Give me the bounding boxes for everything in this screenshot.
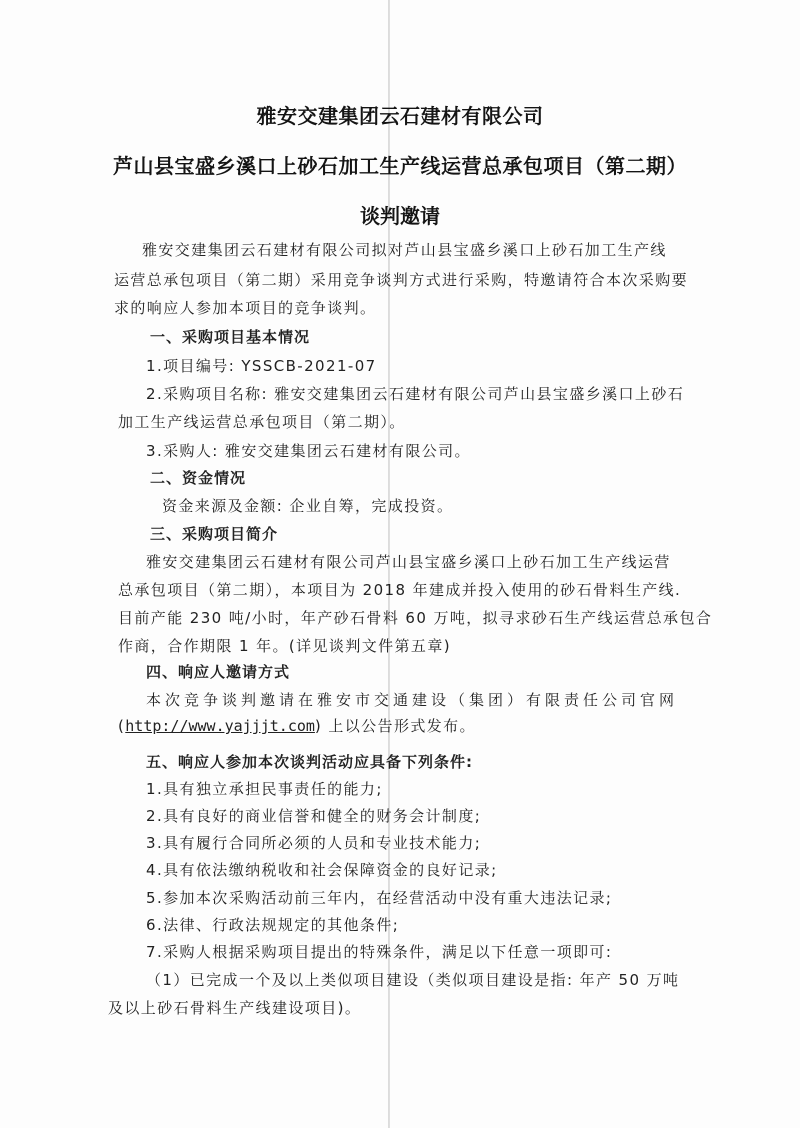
project-name-line-2: 加工生产线运营总承包项目（第二期）。 [118, 412, 406, 432]
condition-2: 2.具有良好的商业信誉和健全的财务会计制度; [146, 806, 481, 826]
website-link[interactable]: http://www.yajjjt.com [125, 717, 315, 735]
summary-line-3: 目前产能 230 吨/小时，年产砂石骨料 60 万吨，拟寻求砂石生产线运营总承包… [118, 608, 712, 628]
invitation-method-line-2: (http://www.yajjjt.com) 上以公告形式发布。 [118, 716, 476, 736]
section-3-heading: 三、采购项目简介 [150, 524, 278, 544]
project-name-line-1: 2.采购项目名称: 雅安交建集团云石建材有限公司芦山县宝盛乡溪口上砂石 [146, 384, 684, 404]
section-2-heading: 二、资金情况 [150, 468, 246, 488]
document-page: 雅安交建集团云石建材有限公司 芦山县宝盛乡溪口上砂石加工生产线运营总承包项目（第… [0, 0, 800, 1128]
section-4-heading: 四、响应人邀请方式 [146, 662, 290, 682]
section-1-heading: 一、采购项目基本情况 [150, 327, 310, 347]
special-condition-1-line-2: 及以上砂石骨料生产线建设项目)。 [108, 998, 361, 1018]
intro-line-3: 求的响应人参加本项目的竞争谈判。 [114, 298, 376, 318]
summary-line-2: 总承包项目（第二期），本项目为 2018 年建成并投入使用的砂石骨料生产线. [118, 580, 681, 600]
condition-4: 4.具有依法缴纳税收和社会保障资金的良好记录; [146, 860, 498, 880]
intro-line-2: 运营总承包项目（第二期）采用竞争谈判方式进行采购，特邀请符合本次采购要 [114, 270, 688, 290]
condition-6: 6.法律、行政法规规定的其他条件; [146, 915, 399, 935]
condition-7: 7.采购人根据采购项目提出的特殊条件，满足以下任意一项即可: [146, 942, 612, 962]
special-condition-1-line-1: （1）已完成一个及以上类似项目建设（类似项目建设是指: 年产 50 万吨 [146, 970, 679, 990]
section-5-heading: 五、响应人参加本次谈判活动应具备下列条件: [146, 752, 473, 772]
summary-line-1: 雅安交建集团云石建材有限公司芦山县宝盛乡溪口上砂石加工生产线运营 [146, 552, 671, 572]
project-number: 1.项目编号: YSSCB-2021-07 [146, 356, 377, 376]
company-title: 雅安交建集团云石建材有限公司 [0, 100, 800, 129]
condition-1: 1.具有独立承担民事责任的能力; [146, 779, 383, 799]
project-title: 芦山县宝盛乡溪口上砂石加工生产线运营总承包项目（第二期） [0, 150, 800, 179]
document-type-title: 谈判邀请 [0, 200, 800, 229]
intro-line-1: 雅安交建集团云石建材有限公司拟对芦山县宝盛乡溪口上砂石加工生产线 [142, 240, 667, 260]
summary-line-4: 作商，合作期限 1 年。(详见谈判文件第五章) [118, 636, 451, 656]
funding-source: 资金来源及金额: 企业自筹，完成投资。 [162, 496, 453, 516]
purchaser: 3.采购人: 雅安交建集团云石建材有限公司。 [146, 441, 471, 461]
condition-5: 5.参加本次采购活动前三年内，在经营活动中没有重大违法记录; [146, 888, 612, 908]
condition-3: 3.具有履行合同所必须的人员和专业技术能力; [146, 833, 481, 853]
publish-text: ) 上以公告形式发布。 [315, 717, 476, 735]
invitation-method-line-1: 本次竞争谈判邀请在雅安市交通建设（集团）有限责任公司官网 [146, 690, 678, 710]
